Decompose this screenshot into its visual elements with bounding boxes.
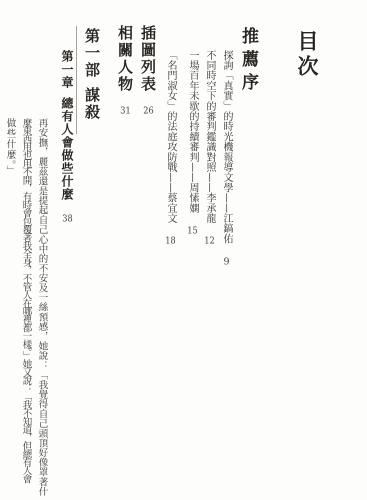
entry-label: 插圖列表 [139,25,157,93]
entry-page-number: 26 [143,93,154,116]
entry-author: 周愫嫻 [187,183,198,214]
entry-page-number: 12 [204,223,215,246]
section-heading-recommendations: 推薦序 [239,27,256,96]
entry-label: 相關人物 [116,25,134,93]
part-divider-rule [76,26,77,134]
entry-author: 蔡宜文 [165,193,176,224]
entry-page-number: 9 [221,244,232,267]
entry-dash: —— [187,162,198,182]
toc-entry-recommendation-1[interactable]: 探詢「真實」的時光機報導文學——江鎬佑9 [221,50,231,266]
chapter-number: 第一章 [60,50,74,89]
part-number: 第一部 [83,28,101,79]
entry-dash: —— [165,172,176,192]
entry-dash: —— [221,193,232,213]
entry-title: 不同時空下的審判鑑識對照 [204,50,215,172]
entry-page-number: 31 [120,93,131,116]
toc-entry-related-characters[interactable]: 相關人物31 [117,25,132,116]
epigraph-quote-line-2: 麼東西甩也甩不開，有時會包覆著我全身，不管人在哪裡都一樣。」她又說：「我不知道，… [21,118,31,482]
entry-page-number: 15 [187,213,198,236]
epigraph-quote-line-1: 再安撫，麗茲還是提起自己心中的不安及一絲預感，她說：「我覺得自己頭頂好像罩著什 [37,118,47,496]
entry-dash: —— [204,172,215,192]
part-title: 謀殺 [83,79,101,121]
page-title: 目次 [297,30,318,80]
epigraph-quote-line-3: 做些什麼。」 [5,118,15,176]
entry-title: 探詢「真實」的時光機報導文學 [221,50,232,193]
toc-entry-chapter-1[interactable]: 第一章總有人會做些什麼38 [61,50,73,224]
chapter-title: 總有人會做些什麼 [60,89,74,201]
part-heading: 第一部謀殺 [84,28,99,121]
entry-page-number: 18 [165,223,176,246]
toc-entry-recommendation-4[interactable]: 「名門淑女」的法庭攻防戰——蔡宜文18 [165,50,175,246]
toc-entry-recommendation-3[interactable]: 一場百年未歇的持續審判——周愫嫻15 [187,50,197,236]
entry-author: 李承龍 [204,193,215,224]
entry-page-number: 38 [62,201,73,224]
book-toc-page: 目次 推薦序 探詢「真實」的時光機報導文學——江鎬佑9 不同時空下的審判鑑識對照… [0,0,367,500]
entry-title: 一場百年未歇的持續審判 [187,50,198,162]
toc-entry-illustration-list[interactable]: 插圖列表26 [140,25,155,116]
toc-entry-recommendation-2[interactable]: 不同時空下的審判鑑識對照——李承龍12 [204,50,214,246]
entry-title: 「名門淑女」的法庭攻防戰 [165,50,176,172]
entry-author: 江鎬佑 [221,213,232,244]
